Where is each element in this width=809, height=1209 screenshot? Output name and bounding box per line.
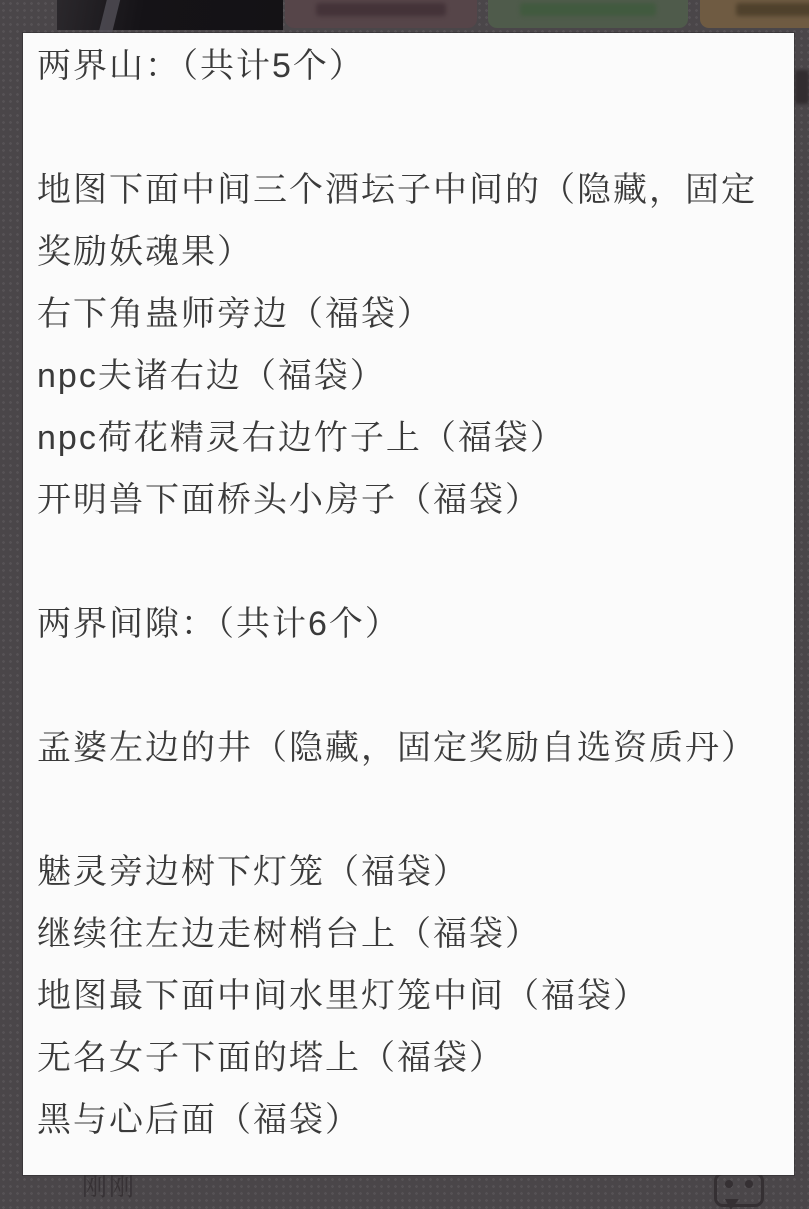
guide-image-card[interactable]: 两界山：（共计5个） 地图下面中间三个酒坛子中间的（隐藏，固定奖励妖魂果）右下角… (23, 33, 794, 1175)
background-button-right[interactable] (700, 0, 809, 28)
background-text-fragment (795, 70, 809, 104)
guide-line: 右下角蛊师旁边（福袋） (37, 283, 780, 345)
bubble-eye (745, 1180, 753, 1188)
background-button-middle[interactable] (488, 0, 688, 28)
guide-line (37, 655, 780, 717)
illegible-button-text (736, 3, 809, 16)
guide-line: 孟婆左边的井（隐藏，固定奖励自选资质丹） (37, 717, 780, 779)
comment-bubble-icon[interactable] (714, 1172, 764, 1207)
illegible-button-text (316, 3, 447, 16)
guide-line: 黑与心后面（福袋） (37, 1089, 780, 1151)
guide-line: 两界间隙：（共计6个） (37, 593, 780, 655)
guide-line: npc夫诸右边（福袋） (37, 345, 780, 407)
guide-line (37, 779, 780, 841)
guide-line: 地图下面中间三个酒坛子中间的（隐藏，固定 (37, 159, 780, 221)
bubble-tail (723, 1199, 739, 1209)
timestamp-label: 刚刚 (82, 1172, 136, 1202)
background-button-left[interactable] (285, 0, 477, 28)
guide-line: npc荷花精灵右边竹子上（福袋） (37, 407, 780, 469)
guide-line (37, 97, 780, 159)
screen: 刚刚 两界山：（共计5个） 地图下面中间三个酒坛子中间的（隐藏，固定奖励妖魂果）… (0, 0, 809, 1209)
illegible-button-text (520, 3, 656, 16)
guide-line: 地图最下面中间水里灯笼中间（福袋） (37, 965, 780, 1027)
bubble-eye (725, 1180, 733, 1188)
guide-line: 奖励妖魂果） (37, 221, 780, 283)
guide-line: 无名女子下面的塔上（福袋） (37, 1027, 780, 1089)
guide-line (37, 531, 780, 593)
guide-line: 魅灵旁边树下灯笼（福袋） (37, 841, 780, 903)
guide-line: 两界山：（共计5个） (37, 35, 780, 97)
guide-text-block: 两界山：（共计5个） 地图下面中间三个酒坛子中间的（隐藏，固定奖励妖魂果）右下角… (37, 35, 780, 1151)
guide-line: 开明兽下面桥头小房子（福袋） (37, 469, 780, 531)
background-photo (57, 0, 283, 30)
guide-line: 继续往左边走树梢台上（福袋） (37, 903, 780, 965)
